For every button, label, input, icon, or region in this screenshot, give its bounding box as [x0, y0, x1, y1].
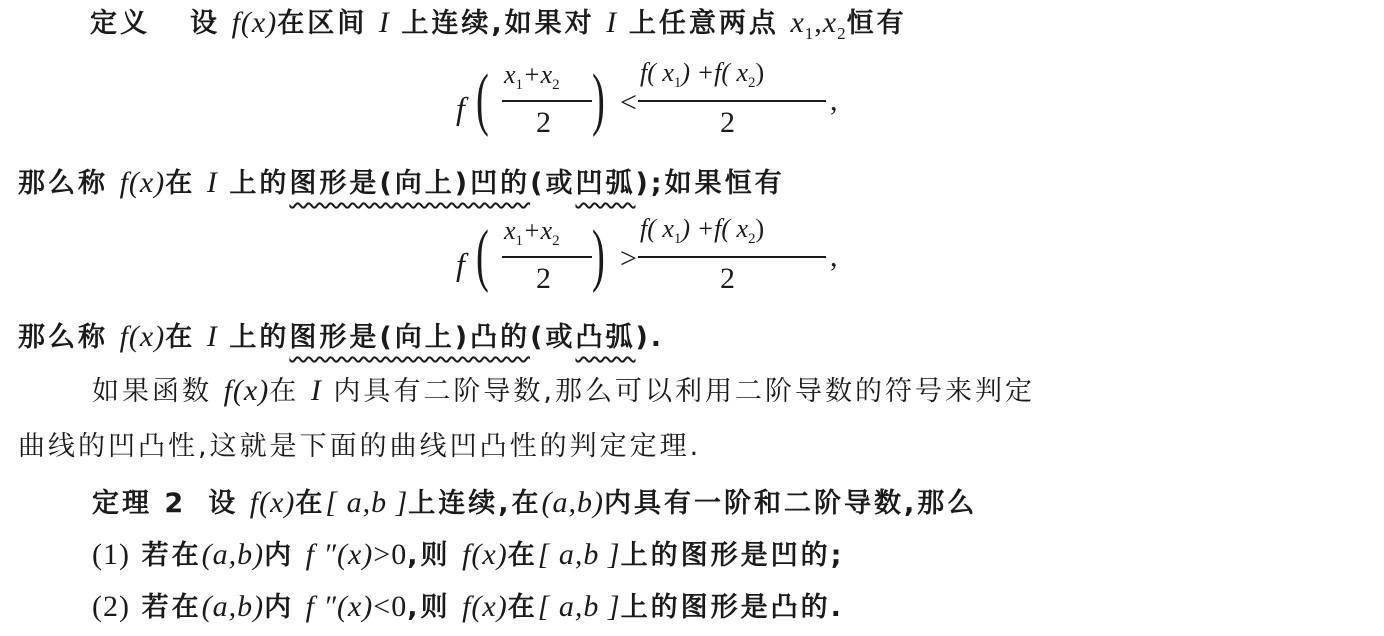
formula-left-fraction-bar [502, 256, 592, 258]
interval-I: I [207, 166, 218, 199]
theorem-item-2: (2) 若在(a,b)内 f ″(x)<0,则 f(x)在[ a,b ]上的图形… [92, 590, 844, 625]
item-number: (1) [92, 538, 130, 571]
interval-I: I [379, 6, 390, 39]
formula-right-denominator: 2 [720, 262, 735, 296]
emphasis-convex-arc: 凸弧 [575, 322, 635, 353]
open-interval: (a,b) [202, 590, 264, 623]
formula-left-denominator: 2 [536, 262, 551, 296]
emphasis-concave-arc: 凹弧 [575, 168, 635, 199]
closed-interval: [ a,b ] [538, 538, 621, 571]
definition-text-4: 上任意两点 [629, 8, 779, 39]
open-interval: (a,b) [202, 538, 264, 571]
emphasis-concave-up: 图形是(向上)凹的 [289, 168, 530, 199]
condition: >0 [373, 538, 407, 571]
formula-right-fraction-bar [638, 256, 826, 258]
formula-convex: f ( x1+x2 2 ) > f( x1) +f( x2) 2 , [450, 212, 870, 308]
formula-f: f [456, 246, 465, 283]
formula-right-numerator: f( x1) +f( x2) [640, 58, 764, 92]
item-number: (2) [92, 590, 130, 623]
emphasis-convex-up: 图形是(向上)凸的 [289, 322, 530, 353]
paragraph-line-1: 如果函数 f(x)在 I 内具有二阶导数,那么可以利用二阶导数的符号来判定 [92, 374, 1035, 409]
convex-definition-line: 那么称 f(x)在 I 上的图形是(向上)凸的(或凸弧). [18, 320, 664, 355]
formula-comma: , [830, 240, 838, 274]
paragraph-line-2: 曲线的凹凸性,这就是下面的曲线凹凸性的判定定理. [18, 430, 701, 464]
interval-I: I [207, 320, 218, 353]
formula-right-numerator: f( x1) +f( x2) [640, 214, 764, 248]
concave-definition-line: 那么称 f(x)在 I 上的图形是(向上)凹的(或凹弧);如果恒有 [18, 166, 785, 201]
function-fx: f(x) [120, 166, 166, 199]
closed-interval: [ a,b ] [325, 486, 408, 519]
formula-left-numerator: x1+x2 [504, 60, 560, 94]
definition-text-2: 在区间 [277, 8, 367, 39]
formula-lparen: ( [476, 216, 489, 296]
definition-text-5: 恒有 [847, 8, 907, 39]
formula-left-fraction-bar [502, 100, 592, 102]
second-derivative: f ″(x) [306, 590, 374, 623]
interval-I-2: I [606, 6, 617, 39]
function-fx: f(x) [462, 590, 508, 623]
theorem-item-1: (1) 若在(a,b)内 f ″(x)>0,则 f(x)在[ a,b ]上的图形… [92, 538, 844, 573]
open-interval: (a,b) [542, 486, 604, 519]
closed-interval: [ a,b ] [538, 590, 621, 623]
definition-line: 定义设 f(x)在区间 I 上连续,如果对 I 上任意两点 x1,x2恒有 [90, 6, 907, 51]
theorem-label: 定理 2 [92, 488, 186, 519]
definition-text-3: 上连续,如果对 [401, 8, 594, 39]
definition-text-1: 设 [190, 8, 220, 39]
formula-f: f [456, 90, 465, 127]
function-fx: f(x) [232, 6, 278, 39]
formula-comma: , [830, 84, 838, 118]
formula-rparen: ) [592, 60, 605, 140]
condition: <0 [373, 590, 407, 623]
formula-relation: < [620, 86, 637, 120]
definition-label: 定义 [90, 8, 150, 39]
formula-left-denominator: 2 [536, 106, 551, 140]
formula-concave: f ( x1+x2 2 ) < f( x1) +f( x2) 2 , [450, 56, 870, 152]
formula-right-fraction-bar [638, 100, 826, 102]
second-derivative: f ″(x) [306, 538, 374, 571]
function-fx: f(x) [120, 320, 166, 353]
point-x1: x1 [790, 6, 814, 39]
formula-lparen: ( [476, 60, 489, 140]
formula-rparen: ) [592, 216, 605, 296]
interval-I: I [311, 374, 322, 407]
formula-right-denominator: 2 [720, 106, 735, 140]
point-x2: x2 [823, 6, 847, 39]
formula-relation: > [620, 242, 637, 276]
function-fx: f(x) [462, 538, 508, 571]
formula-left-numerator: x1+x2 [504, 216, 560, 250]
theorem-line: 定理 2设 f(x)在[ a,b ]上连续,在(a,b)内具有一阶和二阶导数,那… [92, 486, 977, 521]
function-fx: f(x) [250, 486, 296, 519]
function-fx: f(x) [224, 374, 270, 407]
